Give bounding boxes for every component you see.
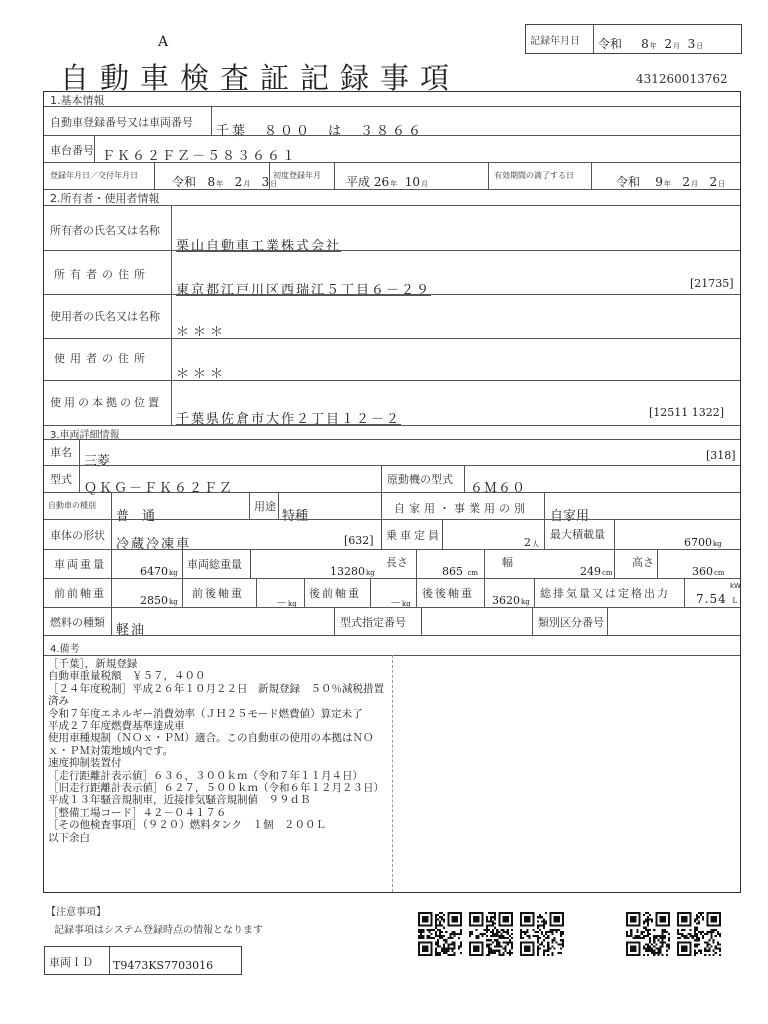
length-value: 865 cm — [442, 565, 478, 578]
rf-axle-label: 後前軸重 — [309, 585, 361, 601]
category-label: 類別区分番号 — [538, 614, 604, 630]
max-load-value: 6700kg — [684, 536, 722, 549]
engine-model-label: 原動機の型式 — [387, 471, 453, 487]
rr-axle-label: 後後軸重 — [422, 585, 474, 601]
max-load-label: 最大積載量 — [550, 526, 605, 542]
remarks-line: ［走行距離計表示値］６３６，３００ｋｍ（令和７年１１月４日） — [48, 770, 388, 782]
vehicle-id-box: 車両ＩＤ T9473KS7703016 — [44, 946, 242, 975]
owner-name-label: 所有者の氏名又は名称 — [50, 222, 160, 238]
remarks-line: ［その他検査事項］（９２０）燃料タンク １個 ２００Ｌ — [48, 819, 388, 831]
owner-address-label: 所有者の住所 — [54, 266, 150, 282]
remarks-text: ［千葉］，新規登録自動車重量税額 ￥５７，４００［２４年度税制］平成２６年１０月… — [48, 658, 388, 844]
usage-value: 特種 — [282, 505, 308, 524]
make-value: 三菱 — [84, 450, 110, 469]
body-shape-label: 車体の形状 — [50, 527, 105, 543]
remarks-line: 速度抑制装置付 — [48, 757, 388, 769]
vehicle-type-label: 自動車の種別 — [48, 500, 96, 511]
registration-date-label: 登録年月日／交付年月日 — [50, 170, 138, 181]
vehicle-id-label: 車両ＩＤ — [49, 954, 93, 970]
gross-weight-label: 車両総重量 — [187, 556, 242, 572]
remarks-line: 平成２７年度燃費基準達成車 — [48, 720, 388, 732]
remarks-line: ［整備工場コード］４２－０４１７６ — [48, 807, 388, 819]
displacement-label: 総排気量又は定格出力 — [540, 585, 670, 601]
body-shape-code: [632] — [344, 534, 374, 547]
form-type-label: A — [158, 34, 168, 50]
rr-axle-value: 3620kg — [492, 594, 530, 607]
first-registration-label: 初度登録年月 — [273, 170, 321, 181]
make-code: [318] — [706, 449, 736, 462]
base-location-label: 使用の本拠の位置 — [50, 394, 162, 410]
capacity-label: 乗車定員 — [386, 527, 442, 543]
remarks-line: ［旧走行距離計表示値］６２７，５００ｋｍ（令和６年１２月２３日） — [48, 782, 388, 794]
remarks-line: ［千葉］，新規登録 — [48, 658, 388, 670]
registration-number-label: 自動車登録番号又は車両番号 — [50, 114, 193, 130]
remarks-line: ［２４年度税制］平成２６年１０月２２日 新規登録 ５０％減税措置済み — [48, 683, 388, 708]
make-label: 車名 — [50, 444, 72, 460]
remarks-line: 自動車重量税額 ￥５７，４００ — [48, 670, 388, 682]
model-label: 型式 — [50, 471, 72, 487]
kw-unit: kW — [730, 582, 741, 590]
type-designation-label: 型式指定番号 — [340, 614, 406, 630]
usage-label: 用途 — [254, 498, 276, 514]
chassis-number-label: 車台番号 — [50, 142, 94, 158]
model-value: ＱＫＧ－ＦＫ６２ＦＺ — [84, 477, 234, 496]
width-label: 幅 — [502, 554, 513, 570]
user-name-label: 使用者の氏名又は名称 — [50, 308, 160, 324]
base-location-code: [12511 1322] — [649, 406, 724, 419]
capacity-value: 2人 — [524, 536, 539, 549]
qr-code-4-icon — [626, 912, 670, 956]
private-business-label: 自家用・事業用の別 — [394, 500, 529, 516]
remarks-line: 平成１３年騒音規制車，近接排気騒音規制値 ９９ｄＢ — [48, 794, 388, 806]
expiry-date-value: 令和 9年 2月 2日 — [616, 173, 725, 190]
ff-axle-label: 前前軸重 — [54, 585, 106, 601]
engine-model-value: ６Ｍ６０ — [470, 477, 526, 496]
height-label: 高さ — [632, 554, 654, 570]
length-label: 長さ — [386, 554, 408, 570]
expiry-date-label: 有効期間の満了する日 — [494, 170, 574, 181]
fr-axle-label: 前後軸重 — [192, 585, 244, 601]
document-number: 431260013762 — [636, 72, 728, 86]
notice-title: 【注意事項】 — [46, 903, 106, 918]
private-business-value: 自家用 — [550, 505, 589, 524]
remarks-line: 以下余白 — [48, 832, 388, 844]
height-value: 360cm — [692, 565, 725, 578]
user-address-label: 使用者の住所 — [54, 350, 150, 366]
qr-code-3-icon — [520, 912, 564, 956]
gross-weight-value: 13280kg — [330, 565, 375, 578]
registration-date-value: 令和 8年 2月 3日 — [172, 173, 277, 190]
displacement-value: 7.54 L — [696, 592, 738, 606]
width-value: 249cm — [580, 565, 613, 578]
registration-number-value: 千葉 ８００ は ３８６６ — [216, 120, 424, 139]
qr-code-5-icon — [677, 912, 721, 956]
section-owner-info-title: 2.所有者・使用者情報 — [50, 190, 160, 206]
owner-name-value: 栗山自動車工業株式会社 — [176, 235, 341, 254]
owner-address-code: [21735] — [690, 277, 734, 290]
fuel-label: 燃料の種類 — [50, 614, 105, 630]
section-remarks-title: 4.備考 — [50, 640, 80, 655]
qr-code-1-icon — [418, 912, 462, 956]
remarks-line: 使用車種規制（ＮＯｘ・ＰＭ）適合。この自動車の使用の本拠はＮＯｘ・ＰＭ対策地域内… — [48, 732, 388, 757]
vehicle-weight-label: 車両重量 — [54, 556, 106, 572]
remarks-line: 令和７年度エネルギー消費効率（ＪＨ２５モード燃費値）算定未了 — [48, 708, 388, 720]
record-date-value: 令和 8年 2月 3日 — [598, 35, 703, 52]
remarks-divider — [392, 655, 393, 892]
ff-axle-value: 2850kg — [140, 594, 178, 607]
first-registration-value: 平成 26年 10月 — [346, 173, 428, 190]
vehicle-type-value: 普 通 — [116, 505, 155, 524]
vehicle-weight-value: 6470kg — [140, 565, 178, 578]
record-date-label: 記録年月日 — [530, 32, 580, 47]
owner-address-value: 東京都江戸川区西瑞江５丁目６－２９ — [176, 279, 431, 298]
qr-code-2-icon — [469, 912, 513, 956]
vehicle-id-value: T9473KS7703016 — [113, 959, 213, 972]
record-date-box: 記録年月日 令和 8年 2月 3日 — [525, 24, 742, 54]
notice-text: 記録事項はシステム登録時点の情報となります — [54, 921, 263, 936]
